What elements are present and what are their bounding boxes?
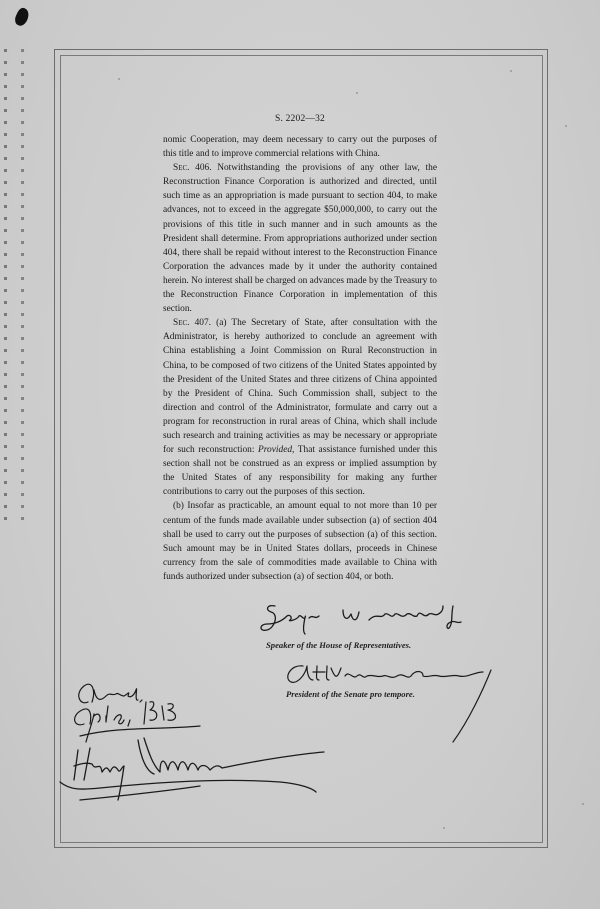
- page-header: S. 2202—32: [163, 114, 437, 124]
- speaker-title: Speaker of the House of Representatives.: [266, 640, 411, 650]
- paper-speck: [582, 803, 584, 805]
- paragraph-sec-407a: Sec. 407. (a) The Secretary of State, af…: [163, 316, 437, 499]
- section-label: Sec. 406.: [173, 163, 212, 173]
- senate-title: President of the Senate pro tempore.: [286, 689, 415, 699]
- paper-speck: [565, 125, 567, 127]
- bill-text: nomic Cooperation, may deem necessary to…: [163, 133, 437, 584]
- paragraph-continuation: nomic Cooperation, may deem necessary to…: [163, 133, 437, 161]
- binding-tab-mark: [13, 6, 31, 27]
- paragraph-sec-406: Sec. 406. Notwithstanding the provisions…: [163, 161, 437, 316]
- section-label: Sec. 407.: [173, 318, 211, 328]
- proviso-word: Provided,: [258, 445, 294, 455]
- speaker-signature: [257, 600, 477, 645]
- binding-punch-holes: [4, 40, 30, 529]
- president-signature: [60, 740, 340, 835]
- paragraph-sec-407b: (b) Insofar as practicable, an amount eq…: [163, 499, 437, 584]
